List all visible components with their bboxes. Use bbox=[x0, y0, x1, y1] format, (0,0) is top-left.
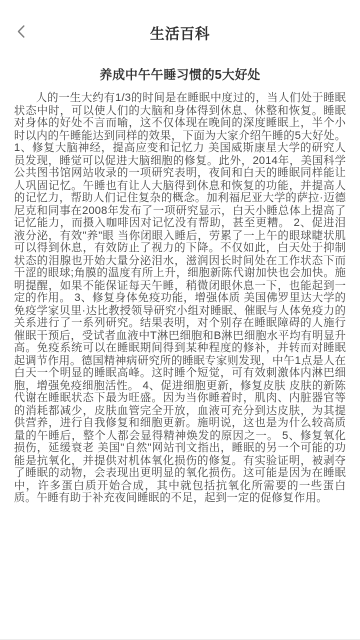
article-body: 人的一生大约有1/3的时间是在睡眠中度过的，当人们处于睡眠状态中时，可以使人们的… bbox=[0, 92, 360, 505]
article-screen: 生活百科 养成中午午睡习惯的5大好处 人的一生大约有1/3的时间是在睡眠中度过的… bbox=[0, 0, 360, 640]
header: 生活百科 bbox=[0, 0, 360, 56]
article-title: 养成中午午睡习惯的5大好处 bbox=[0, 65, 360, 83]
page-title: 生活百科 bbox=[0, 23, 360, 44]
